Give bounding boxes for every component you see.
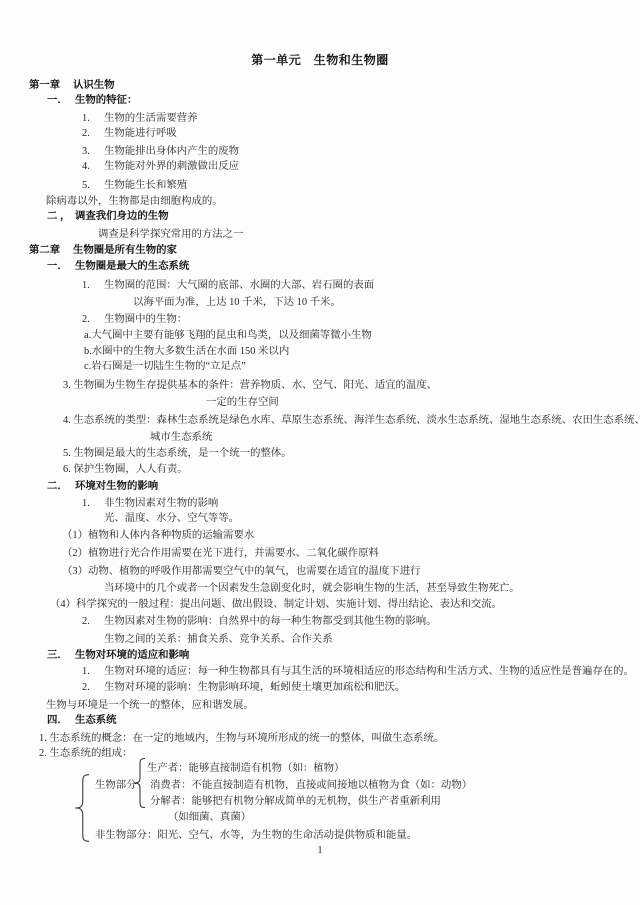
- section-heading: 四．生态系统: [47, 713, 117, 728]
- section-number: 四．: [47, 713, 75, 728]
- item-text: 生物圈中的生物：: [104, 314, 187, 325]
- section-title: 生物对环境的适应和影响: [75, 650, 189, 661]
- note-line: 当环境中的几个或者一个因素发生急剧变化时，就会影响生物的生活，甚至导致生物死亡。: [104, 581, 520, 596]
- item-number: 5.: [82, 178, 104, 193]
- section-heading: 三．生物对环境的适应和影响: [47, 648, 189, 663]
- outer-brace-icon: [74, 774, 89, 842]
- diagram-decomposer-line: 分解者：能够把有机物分解成简单的无机物，供生产者重新利用: [150, 794, 441, 809]
- list-item: 4. 生态系统的类型：森林生态系统是绿色水库、草原生态系统、海洋生态系统、淡水生…: [63, 413, 640, 428]
- diagram-biotic-label: 生物部分: [95, 778, 137, 793]
- list-item: 1.生物的生活需要营养: [82, 111, 198, 126]
- unit-title: 第一单元 生物和生物圈: [0, 53, 640, 68]
- list-item: 2. 生态系统的组成：: [39, 746, 133, 761]
- item-number: 1.: [82, 664, 104, 679]
- list-item: 2.生物对环境的影响：生物影响环境，蚯蚓使土壤更加疏松和肥沃。: [82, 680, 405, 695]
- section-number: 二．: [47, 479, 75, 494]
- list-item: 2.生物圈中的生物：: [82, 312, 187, 327]
- section-number: 一．: [47, 93, 75, 108]
- diagram-decomposer-note: （如细菌、真菌）: [168, 810, 251, 825]
- section-heading: 一．生物圈是最大的生态系统: [47, 259, 189, 274]
- list-item: 2.生物能进行呼吸: [82, 126, 177, 141]
- sub-item-c: c.岩石圈是一切陆生生物的“立足点”: [84, 359, 246, 374]
- item-text: 生物因素对生物的影响：自然界中的每一种生物都受到其他生物的影响。: [104, 616, 437, 627]
- chapter-number: 第一章: [29, 78, 73, 93]
- list-item: 3.生物能排出身体内产生的废物: [82, 144, 239, 159]
- item-text: 生物对环境的影响：生物影响环境，蚯蚓使土壤更加疏松和肥沃。: [104, 682, 405, 693]
- diagram-abiotic-line: 非生物部分：阳光、空气、水等，为生物的生命活动提供物质和能量。: [95, 828, 417, 843]
- list-item: 5.生物能生长和繁殖: [82, 178, 187, 193]
- item-text: 生物对环境的适应：每一种生物都具有与其生活的环境相适应的形态结构和生活方式、生物…: [104, 666, 634, 677]
- sub-item-b: b.水圈中的生物大多数生活在水面 150 米以内: [84, 344, 289, 359]
- note-line: 城市生态系统: [150, 430, 212, 445]
- item-text: 生物的生活需要营养: [104, 113, 198, 124]
- list-item: 2.生物因素对生物的影响：自然界中的每一种生物都受到其他生物的影响。: [82, 614, 437, 629]
- chapter-title: 生物圈是所有生物的家: [73, 245, 177, 256]
- item-number: 2.: [82, 680, 104, 695]
- item-text: 非生物因素对生物的影响: [104, 498, 218, 509]
- item-text: 生物能生长和繁殖: [104, 180, 187, 191]
- item-number: 1.: [82, 278, 104, 293]
- note-line: 以海平面为准，上达 10 千米，下达 10 千米。: [133, 295, 341, 310]
- paren-item-4: （4）科学探究的一般过程：提出问题、做出假设、制定计划、实施计划、得出结论、表达…: [50, 597, 502, 612]
- section-title: 调查我们身边的生物: [75, 211, 169, 222]
- item-text: 生物圈的范围：大气圈的底部、水圈的大部、岩石圈的表面: [104, 280, 374, 291]
- section-title: 生物圈是最大的生态系统: [75, 261, 189, 272]
- item-number: 4.: [82, 159, 104, 174]
- item-text: 生物能对外界的刺激做出反应: [104, 161, 239, 172]
- list-item: 5. 生物圈是最大的生态系统，是一个统一的整体。: [63, 446, 292, 461]
- chapter-number: 第二章: [29, 243, 73, 258]
- paren-item-2: （2）植物进行光合作用需要在光下进行，并需要水、二氧化碳作原料: [62, 546, 379, 561]
- diagram-producer-line: 生产者：能够直接制造有机物（如：植物）: [147, 761, 344, 776]
- list-item: 1.生物圈的范围：大气圈的底部、水圈的大部、岩石圈的表面: [82, 278, 374, 293]
- paren-item-1: （1）植物和人体内各种物质的运输需要水: [62, 528, 254, 543]
- note-line: 一定的生存空间: [206, 395, 279, 410]
- note-line: 光、温度、水分、空气等等。: [104, 511, 239, 526]
- item-number: 2.: [82, 312, 104, 327]
- document-page: 第一单元 生物和生物圈 第一章认识生物 一．生物的特征： 1.生物的生活需要营养…: [0, 0, 640, 905]
- section-title: 环境对生物的影响: [75, 481, 158, 492]
- item-text: 生物能进行呼吸: [104, 128, 177, 139]
- note-line: 生物与环境是一个统一的整体，应和谐发展。: [46, 698, 254, 713]
- section-title: 生态系统: [75, 715, 117, 726]
- note-line: 调查是科学探究常用的方法之一: [98, 227, 243, 242]
- note-line: 生物之间的关系：捕食关系、竞争关系、合作关系: [104, 632, 333, 647]
- chapter-title: 认识生物: [73, 80, 115, 91]
- list-item: 1.非生物因素对生物的影响: [82, 496, 218, 511]
- section-heading: 二．环境对生物的影响: [47, 479, 158, 494]
- section-title: 生物的特征：: [75, 95, 137, 106]
- section-heading: 一．生物的特征：: [47, 93, 137, 108]
- page-number: 1: [0, 843, 640, 858]
- item-number: 1.: [82, 111, 104, 126]
- chapter-2-heading: 第二章生物圈是所有生物的家: [29, 243, 177, 258]
- item-number: 2.: [82, 614, 104, 629]
- item-number: 1.: [82, 496, 104, 511]
- list-item: 1. 生态系统的概念：在一定的地域内，生物与环境所形成的统一的整体，叫做生态系统…: [39, 731, 444, 746]
- item-number: 3.: [82, 144, 104, 159]
- diagram-consumer-line: 消费者：不能直接制造有机物，直接或间接地以植物为食（如：动物）: [150, 778, 472, 793]
- note-line: 除病毒以外，生物都是由细胞构成的。: [46, 194, 223, 209]
- paren-item-3: （3）动物、植物的呼吸作用都需要空气中的氧气，也需要在适宜的温度下进行: [62, 564, 420, 579]
- list-item: 3. 生物圈为生物生存提供基本的条件：营养物质、水、空气、阳光、适宜的温度、: [63, 378, 437, 393]
- section-number: 二 ，: [47, 209, 75, 224]
- chapter-1-heading: 第一章认识生物: [29, 78, 115, 93]
- item-number: 2.: [82, 126, 104, 141]
- list-item: 4.生物能对外界的刺激做出反应: [82, 159, 239, 174]
- section-heading: 二 ，调查我们身边的生物: [47, 209, 169, 224]
- section-number: 一．: [47, 259, 75, 274]
- list-item: 1.生物对环境的适应：每一种生物都具有与其生活的环境相适应的形态结构和生活方式、…: [82, 664, 634, 679]
- list-item: 6. 保护生物圈，人人有责。: [63, 462, 188, 477]
- section-number: 三．: [47, 648, 75, 663]
- sub-item-a: a.大气圈中主要有能够飞翔的昆虫和鸟类，以及细菌等微小生物: [84, 328, 372, 343]
- item-text: 生物能排出身体内产生的废物: [104, 146, 239, 157]
